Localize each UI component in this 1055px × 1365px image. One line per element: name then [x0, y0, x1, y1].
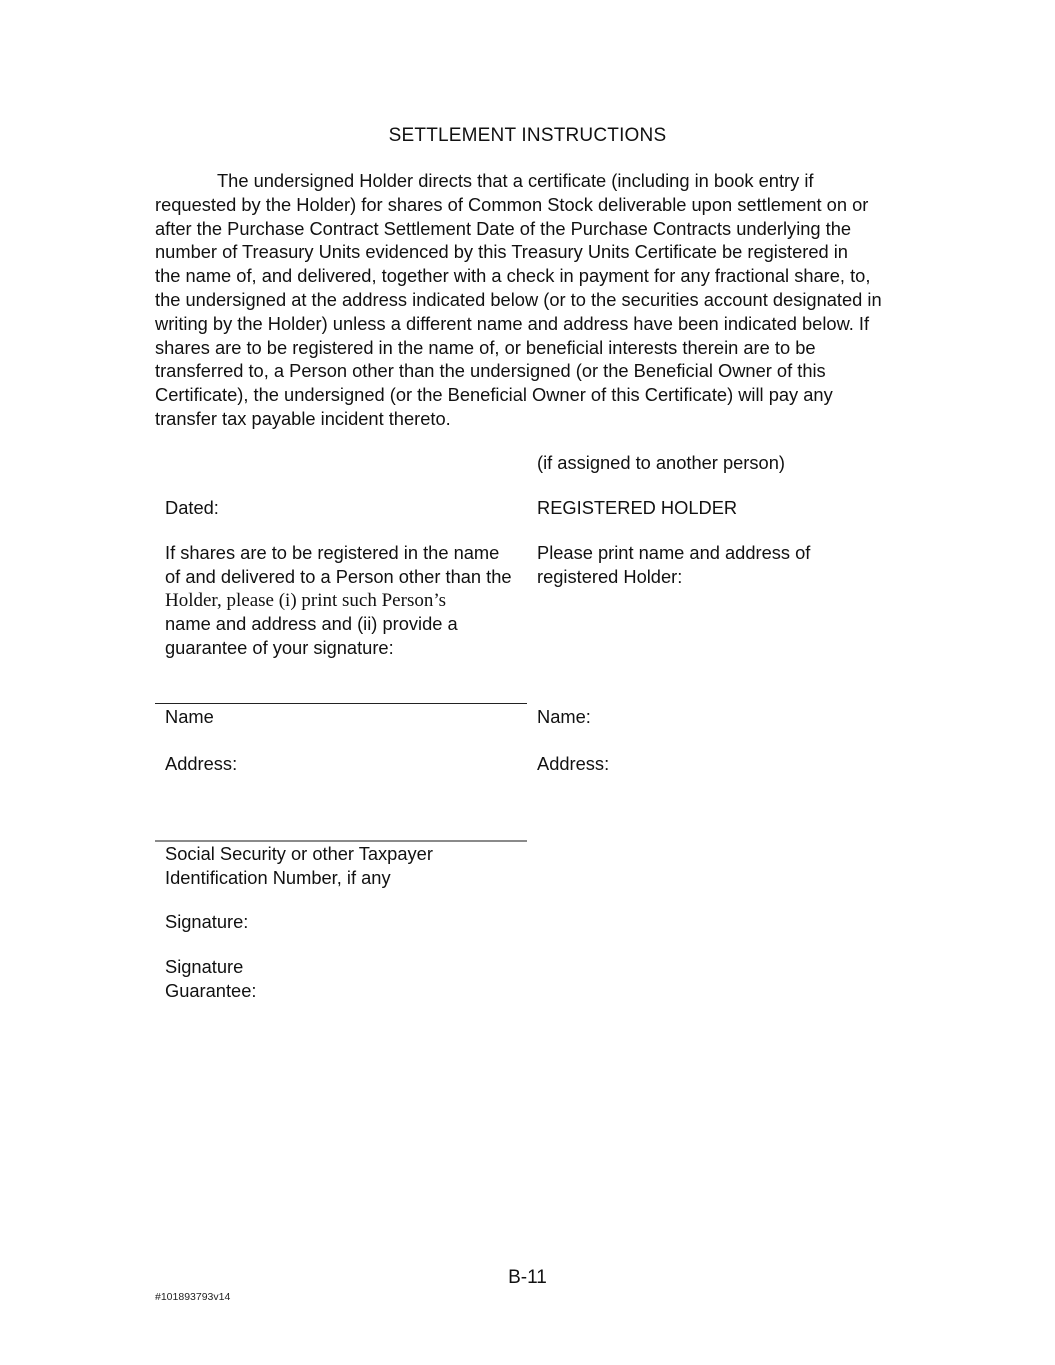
document-title: SETTLEMENT INSTRUCTIONS	[0, 124, 1055, 148]
instruction-line: Holder, please (i) print such Person’s	[165, 589, 512, 613]
instruction-line: Please print name and address of	[537, 541, 810, 565]
right-name-label: Name:	[537, 705, 591, 729]
name-signature-line	[155, 703, 527, 704]
registered-holder-label: REGISTERED HOLDER	[537, 496, 737, 520]
right-address-label: Address:	[537, 752, 609, 776]
signature-guarantee-line-2: Guarantee:	[165, 979, 256, 1003]
taxpayer-id-line-1: Social Security or other Taxpayer	[165, 842, 433, 866]
instruction-line: If shares are to be registered in the na…	[165, 541, 512, 565]
paragraph-line: requested by the Holder) for shares of C…	[155, 193, 900, 217]
instruction-line: of and delivered to a Person other than …	[165, 565, 512, 589]
settlement-paragraph: The undersigned Holder directs that a ce…	[155, 169, 900, 431]
instruction-line: registered Holder:	[537, 565, 810, 589]
paragraph-line: transferred to, a Person other than the …	[155, 359, 900, 383]
document-page: SETTLEMENT INSTRUCTIONS The undersigned …	[0, 0, 1055, 1365]
assigned-note: (if assigned to another person)	[537, 451, 785, 475]
signature-guarantee-line-1: Signature	[165, 955, 256, 979]
page-number: B-11	[0, 1266, 1055, 1290]
left-instructions: If shares are to be registered in the na…	[165, 541, 512, 660]
instruction-line: name and address and (ii) provide a	[165, 612, 512, 636]
paragraph-line: shares are to be registered in the name …	[155, 336, 900, 360]
paragraph-line: transfer tax payable incident thereto.	[155, 407, 900, 431]
document-id: #101893793v14	[155, 1290, 230, 1304]
paragraph-line: The undersigned Holder directs that a ce…	[155, 169, 900, 193]
paragraph-line: Certificate), the undersigned (or the Be…	[155, 383, 900, 407]
paragraph-line: the name of, and delivered, together wit…	[155, 264, 900, 288]
paragraph-line: number of Treasury Units evidenced by th…	[155, 240, 900, 264]
signature-label: Signature:	[165, 910, 248, 934]
taxpayer-id-label: Social Security or other Taxpayer Identi…	[165, 842, 433, 890]
paragraph-line: after the Purchase Contract Settlement D…	[155, 217, 900, 241]
right-instructions: Please print name and address of registe…	[537, 541, 810, 589]
paragraph-line: writing by the Holder) unless a differen…	[155, 312, 900, 336]
dated-label: Dated:	[165, 496, 219, 520]
taxpayer-id-line-2: Identification Number, if any	[165, 866, 433, 890]
left-address-label: Address:	[165, 752, 237, 776]
paragraph-line: the undersigned at the address indicated…	[155, 288, 900, 312]
signature-guarantee-label: Signature Guarantee:	[165, 955, 256, 1003]
left-name-label: Name	[165, 705, 214, 729]
instruction-line: guarantee of your signature:	[165, 636, 512, 660]
